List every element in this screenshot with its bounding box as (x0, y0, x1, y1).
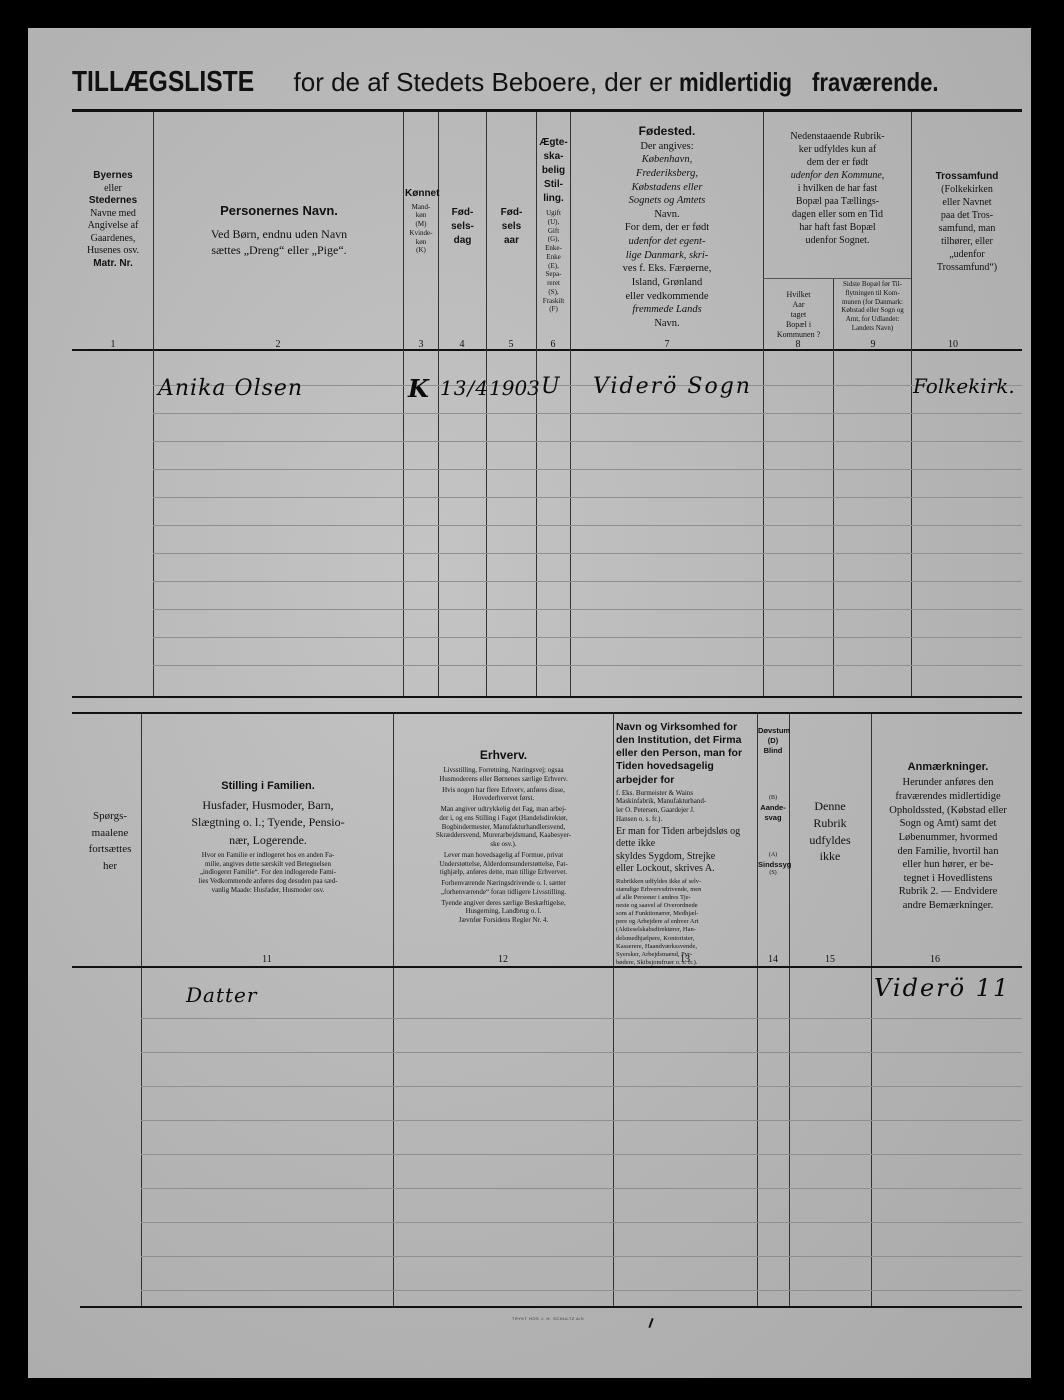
header-text: Trossamfund“) (913, 261, 1021, 274)
header-note: lies Vedkommende anføres dog desuden paa… (144, 877, 392, 886)
header-text: udenfor det egent- (573, 235, 761, 249)
side-note-text: her (78, 858, 142, 875)
row-rule (153, 413, 1022, 414)
header-text: dagen eller som en Tid (765, 208, 910, 221)
col-num-4: 4 (447, 339, 477, 350)
header-text: Forhenværende Næringsdrivende o. l. sætt… (395, 879, 612, 888)
header-heading: Anmærkninger. (874, 760, 1022, 774)
header-text: f. Eks. Burmeister & Wains (616, 789, 756, 798)
header-col-8-9: Nedenstaaende Rubrik- ker udfyldes kun a… (765, 130, 910, 247)
header-text: Man angiver udtrykkelig det Fag, man arb… (395, 805, 612, 814)
header-text: dem der er født (765, 156, 910, 169)
header-heading: Stilling i Familien. (144, 780, 392, 794)
header-text: Enke (537, 253, 570, 262)
family-position-value: Datter (186, 983, 257, 1007)
header-text: Aar (765, 300, 832, 310)
header-text: ler O. Petersen, Gaardejer J. (616, 806, 756, 815)
questions-continue-note: Spørgs- maalene fortsættes her (78, 808, 142, 874)
header-text: Husgerning, Landbrug o. l. (395, 907, 612, 916)
col-divider (911, 112, 912, 698)
header-text: Mand- (405, 203, 437, 212)
row-rule (153, 469, 1022, 470)
header-text: udenfor Sognet. (765, 234, 910, 247)
header-heading: Ægte- ska- belig Stil- ling. (537, 136, 570, 206)
header-text: den Familie, hvortil han (874, 845, 1022, 859)
col-num-12: 12 (488, 954, 518, 965)
header-text: Sindssyg (758, 860, 788, 870)
header-heading: Erhverv. (395, 748, 612, 763)
header-text: skyldes Sygdom, Strejke (616, 851, 756, 864)
header-text: Sepa- (537, 270, 570, 279)
upper-bottom-border (72, 696, 1022, 698)
col-divider (153, 112, 154, 698)
col-num-7: 7 (652, 339, 682, 350)
header-col-12: Erhverv. Livsstilling, Forretning, Nærin… (395, 748, 612, 925)
header-text: Enke- (537, 244, 570, 253)
header-text: Landets Navn) (834, 324, 911, 333)
form-title: TILLÆGSLISTE for de af Stedets Beboere, … (72, 66, 1022, 99)
header-text: (E), (537, 262, 570, 271)
header-text: fraværendes midlertidige (874, 790, 1022, 804)
header-heading: Fødested. (573, 124, 761, 140)
col-num-14: 14 (758, 954, 788, 965)
person-name: Anika Olsen (158, 376, 303, 401)
col-divider (403, 112, 404, 698)
header-col-10: Trossamfund (Folkekirken eller Navnet pa… (913, 170, 1021, 274)
header-text: „forhenværende“ foran tidligere Livsstil… (395, 888, 612, 897)
lower-bottom-border (80, 1306, 1022, 1308)
header-text: eller Lockout, skrives A. (616, 863, 756, 876)
sex-value: K (408, 374, 430, 403)
col-divider (438, 112, 439, 698)
title-middle: for de af Stedets Beboere, der er (286, 67, 679, 97)
header-text: Hvis nogen har flere Erhverv, anføres di… (395, 786, 612, 795)
header-text: i hvilken de har fast (765, 182, 910, 195)
header-text: (Aktieselskabsdirektører, Han- (616, 926, 756, 934)
row-rule (141, 1256, 1022, 1257)
marital-status-value: U (541, 374, 561, 399)
birthplace-value: Viderö Sogn (593, 374, 752, 399)
header-text: (S), (537, 288, 570, 297)
header-text: som af Funktionærer, Medhjæl- (616, 910, 756, 918)
row-rule (153, 553, 1022, 554)
header-text: tegnet i Hovedlistens (874, 872, 1022, 886)
header-text: Navn. (573, 208, 761, 222)
header-text: andre Bemærkninger. (874, 899, 1022, 913)
header-text: har haft fast Bopæl (765, 221, 910, 234)
header-text: ikke (790, 848, 870, 865)
header-text: Nedenstaaende Rubrik- (765, 130, 910, 143)
header-text: Husfader, Husmoder, Barn, (144, 797, 392, 814)
header-text: af alle Personer i andres Tje- (616, 894, 756, 902)
header-note: milie, angives dette særskilt ved Betegn… (144, 860, 392, 869)
header-text: tilhører, eller (913, 235, 1021, 248)
row-rule (141, 1154, 1022, 1155)
header-text: Herunder anføres den (874, 776, 1022, 790)
header-text: Hovederhvervet først. (395, 794, 612, 803)
header-text: København, (573, 153, 761, 167)
row-rule (153, 637, 1022, 638)
census-form-page: TILLÆGSLISTE for de af Stedets Beboere, … (28, 28, 1031, 1378)
header-text: (S) (758, 870, 788, 878)
header-text: køn (405, 238, 437, 247)
header-text: munen (for Danmark: (834, 298, 911, 307)
header-text: paa det Tros- (913, 209, 1021, 222)
header-text: Løbenummer, hvormed (874, 831, 1022, 845)
header-text: tighjælp, anføres dette, man tillige Erh… (395, 868, 612, 877)
col-num-16: 16 (920, 954, 950, 965)
header-text: lige Danmark, skri- (573, 249, 761, 263)
ink-mark (648, 1318, 653, 1328)
header-text: nær, Logerende. (144, 832, 392, 849)
col-num-2: 2 (263, 339, 293, 350)
col-divider (871, 714, 872, 1306)
header-text: Byernes (76, 170, 150, 183)
header-text: Stedernes (76, 195, 150, 208)
header-col-6: Ægte- ska- belig Stil- ling. Ugift (U), … (537, 136, 570, 314)
col-8-9-divider (763, 278, 911, 279)
header-text: delsmedhjælpere, Kontorister, (616, 935, 756, 943)
title-tillaegsliste: TILLÆGSLISTE (72, 66, 254, 99)
header-text: Livsstilling, Forretning, Næringsvej; og… (395, 766, 612, 775)
religion-value: Folkekirk. (913, 374, 1015, 398)
row-rule (141, 1052, 1022, 1053)
col-divider (763, 112, 764, 698)
header-col-16: Anmærkninger. Herunder anføres den fravæ… (874, 760, 1022, 913)
header-text: samfund, man (913, 222, 1021, 235)
header-col-13: Navn og Virksomhed for den Institution, … (616, 721, 756, 967)
header-text: ker udfyldes kun af (765, 143, 910, 156)
header-text: Tyende angiver deres særlige Beskæftigel… (395, 899, 612, 908)
header-col-15: Denne Rubrik udfyldes ikke (790, 798, 870, 865)
header-text: Skræddersvend, Murerarbejdsmand, Kaabesy… (395, 831, 612, 840)
header-text: Ugift (537, 209, 570, 218)
header-text: (K) (405, 246, 437, 255)
header-text: eller Navnet (913, 196, 1021, 209)
birthday-value: 13/4 (440, 376, 489, 400)
lower-top-border (72, 712, 1022, 714)
header-text: Aande- (758, 803, 788, 813)
header-text: Frederiksberg, (573, 167, 761, 181)
header-text: der i, og ens Stilling i Faget (Handelsd… (395, 814, 612, 823)
col-num-8: 8 (783, 339, 813, 350)
header-text: eller (76, 183, 150, 196)
title-midlertidig: midlertidig (679, 67, 792, 98)
col-num-15: 15 (815, 954, 845, 965)
lower-header-border (72, 966, 1022, 968)
header-text: For dem, der er født (573, 221, 761, 235)
header-text: eller vedkommende (573, 290, 761, 304)
birth-year-value: 1903 (489, 376, 540, 400)
printer-mark: TRYKT HOS J. H. SCHULTZ A/S (488, 1316, 608, 1321)
row-rule (141, 1120, 1022, 1121)
header-col-7: Fødested. Der angives: København, Freder… (573, 124, 761, 331)
header-col-3: Kønnet Mand- køn (M) Kvinde- køn (K) (405, 188, 437, 255)
header-text: Bopæl paa Tællings- (765, 195, 910, 208)
header-text: Ved Børn, endnu uden Navn (158, 226, 400, 242)
header-text: Fraskilt (537, 297, 570, 306)
header-text: Amt, for Udlandet: (834, 315, 911, 324)
header-text: Maskinfabrik, Manufakturhand- (616, 797, 756, 806)
col-divider (486, 112, 487, 698)
header-text: Kasserere, Haandværkssvende, (616, 943, 756, 951)
header-text: Sogn og Amt) samt det (874, 817, 1022, 831)
header-text: Husmoderens eller Børnenes særlige Erhve… (395, 775, 612, 784)
header-text: Lever man hovedsagelig af Formue, privat (395, 851, 612, 860)
col-divider (141, 714, 142, 1306)
col-num-9: 9 (858, 339, 888, 350)
header-text: neste og saavel af Overordnede (616, 902, 756, 910)
row-rule (153, 609, 1022, 610)
row-rule (153, 665, 1022, 666)
header-col-9: Sidste Bopæl før Til- flytningen til Kom… (834, 280, 911, 333)
header-text: Matr. Nr. (76, 258, 150, 271)
header-text: Slægtning o. l.; Tyende, Pensio- (144, 814, 392, 831)
header-text: (M) (405, 220, 437, 229)
row-rule (153, 525, 1022, 526)
col-num-1: 1 (98, 339, 128, 350)
header-text: reret (537, 279, 570, 288)
header-text: Der angives: (573, 140, 761, 154)
side-note-text: Spørgs- (78, 808, 142, 825)
header-col-11: Stilling i Familien. Husfader, Husmoder,… (144, 780, 392, 895)
header-text: (G), (537, 235, 570, 244)
header-text: Jævnfør Forsidens Regler Nr. 4. (395, 916, 612, 925)
col-divider (833, 278, 834, 698)
header-text: Rubrik 2. — Endvidere (874, 885, 1022, 899)
header-text: Rubrikken udfyldes ikke af selv- (616, 878, 756, 886)
header-text: Gift (537, 227, 570, 236)
title-fravaerende: fraværende. (812, 67, 939, 98)
row-rule (153, 497, 1022, 498)
header-text: Angivelse af (76, 220, 150, 233)
header-text: Navne med (76, 208, 150, 221)
header-col-8: Hvilket Aar taget Bopæl i Kommunen ? (765, 290, 832, 340)
col-num-3: 3 (406, 339, 436, 350)
row-rule (141, 1290, 1022, 1291)
header-text: Rubrik (790, 815, 870, 832)
header-col-14: Døvstum (D) Blind (B) Aande- svag (A) Si… (758, 726, 788, 877)
header-text: Opholdssted, (Købstad eller (874, 804, 1022, 818)
header-text: sættes „Dreng“ eller „Pige“. (158, 242, 400, 258)
row-rule (153, 581, 1022, 582)
header-text: stændige Erhvervsdrivende, men (616, 886, 756, 894)
header-text: (F) (537, 305, 570, 314)
header-text: ske osv.). (395, 840, 612, 849)
header-text: „udenfor (913, 248, 1021, 261)
header-text: Kvinde- (405, 229, 437, 238)
header-text: (B) (758, 795, 788, 803)
header-text: Understøttelse, Alderdomsunderstøttelse,… (395, 860, 612, 869)
header-text: taget (765, 310, 832, 320)
side-note-text: fortsættes (78, 841, 142, 858)
header-text: Husenes osv. (76, 245, 150, 258)
header-col-4: Fød- sels- dag (440, 206, 485, 248)
header-note: „indlogeret Familie“. For den indlogered… (144, 868, 392, 877)
col-num-6: 6 (538, 339, 568, 350)
upper-top-border (72, 109, 1022, 112)
header-col-5: Fød- sels aar (488, 206, 535, 248)
header-heading: Trossamfund (913, 170, 1021, 183)
header-text: flytningen til Kom- (834, 289, 911, 298)
header-text: Bopæl i (765, 320, 832, 330)
header-text: køn (405, 211, 437, 220)
header-text: svag (758, 813, 788, 823)
header-text: Bogbindermester, Manufakturhandlersvend, (395, 823, 612, 832)
header-heading: Døvstum (D) Blind (758, 726, 788, 755)
header-col-1: Byernes eller Stedernes Navne med Angive… (76, 170, 150, 270)
header-text: ves f. Eks. Færøerne, (573, 262, 761, 276)
row-rule (153, 441, 1022, 442)
col-divider (613, 714, 614, 1306)
row-rule (141, 1086, 1022, 1087)
header-text: Denne (790, 798, 870, 815)
header-text: Købstadens eller (573, 181, 761, 195)
header-heading: Personernes Navn. (158, 202, 400, 220)
row-rule (141, 1188, 1022, 1189)
header-text: Hansen o. s. fr.). (616, 815, 756, 824)
side-note-text: maalene (78, 825, 142, 842)
header-heading: Navn og Virksomhed for den Institution, … (616, 721, 756, 787)
header-text: Sognets og Amtets (573, 194, 761, 208)
header-heading: Kønnet (405, 188, 437, 201)
col-num-10: 10 (938, 339, 968, 350)
col-divider (570, 112, 571, 698)
col-num-13: 13 (670, 954, 700, 965)
header-text: eller hun hører, er be- (874, 858, 1022, 872)
header-text: fremmede Lands (573, 303, 761, 317)
header-col-2: Personernes Navn. Ved Børn, endnu uden N… (158, 202, 400, 258)
header-text: (U), (537, 218, 570, 227)
header-text: Er man for Tiden arbejdsløs og dette ikk… (616, 826, 756, 851)
header-text: pere og Arbejdere af enhver Art (616, 918, 756, 926)
header-text: (Folkekirken (913, 183, 1021, 196)
col-num-5: 5 (496, 339, 526, 350)
header-text: Sidste Bopæl før Til- (834, 280, 911, 289)
row-rule (141, 1222, 1022, 1223)
remarks-value: Viderö 11 (874, 974, 1010, 1002)
col-divider (393, 714, 394, 1306)
header-text: Navn. (573, 317, 761, 331)
header-text: Hvilket (765, 290, 832, 300)
header-text: Købstad eller Sogn og (834, 306, 911, 315)
row-rule (141, 1018, 1022, 1019)
header-note: vanlig Maade: Husfader, Husmoder osv. (144, 886, 392, 895)
header-text: (A) (758, 852, 788, 860)
header-text: udfyldes (790, 832, 870, 849)
header-text: udenfor den Kommune, (765, 169, 910, 182)
header-note: Hvor en Familie er indlogeret hos en and… (144, 851, 392, 860)
col-num-11: 11 (252, 954, 282, 965)
header-text: Gaardenes, (76, 233, 150, 246)
header-text: Island, Grønland (573, 276, 761, 290)
